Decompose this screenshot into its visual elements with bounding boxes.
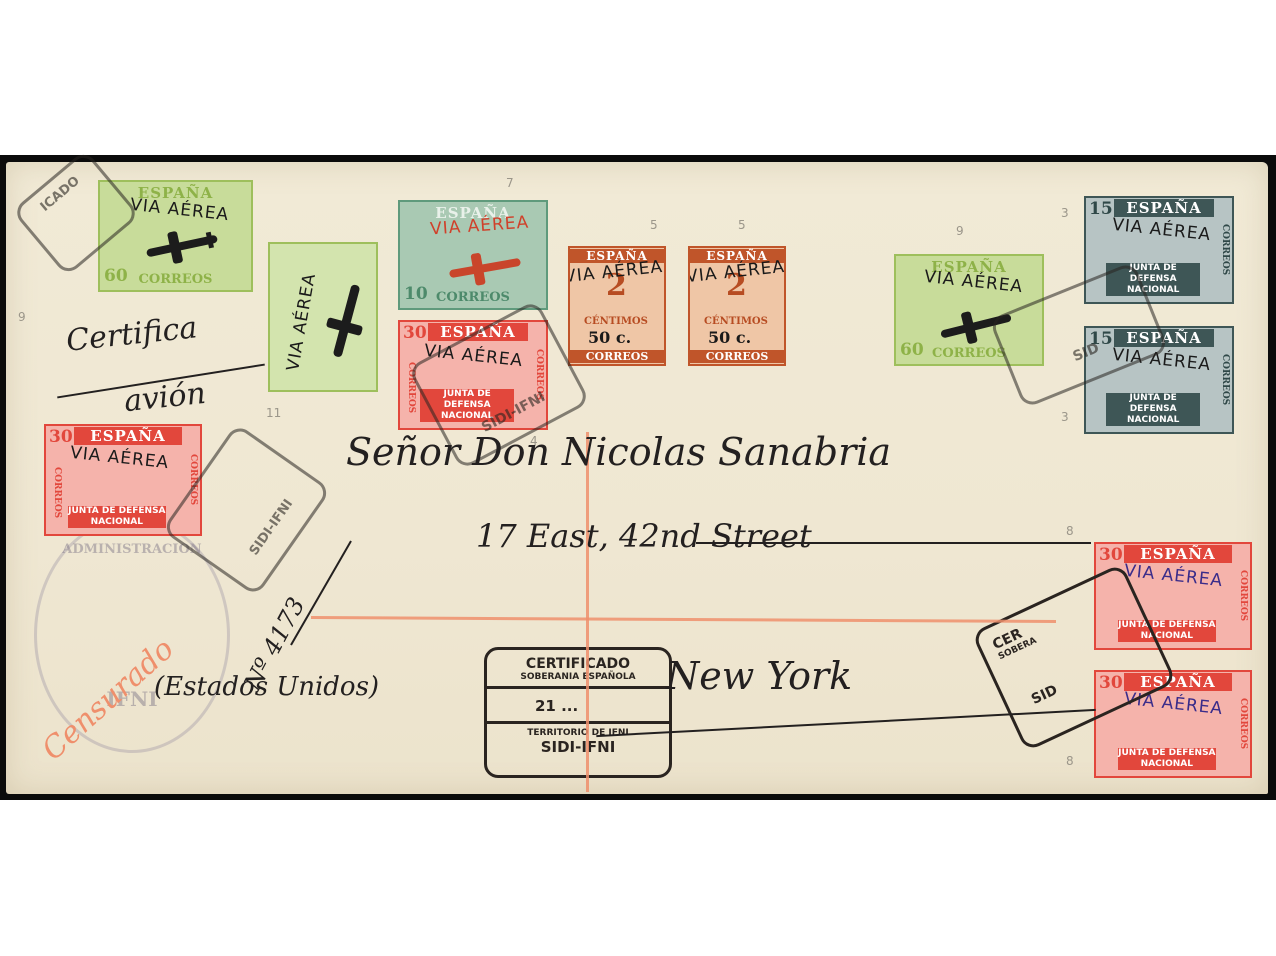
cancel-line3: TERRITORIO DE IFNI [487, 721, 669, 738]
stamp-10c-green: ESPAÑA 10 CORREOS VIA AÉREA [398, 200, 548, 310]
street-underline [696, 542, 1091, 544]
stamp-correos: CORREOS [100, 272, 251, 287]
stamp-overprint: VIA AÉREA [1111, 215, 1212, 245]
stamp-side-correos: CORREOS [1216, 206, 1230, 294]
cancel-line1: CERTIFICADO [487, 656, 669, 672]
handwritten-certifica: Certifica [65, 310, 199, 359]
cancel-fragment: ICADO [21, 160, 100, 229]
stamp-surcharge: 50 c. [588, 328, 631, 347]
stamp-caption: JUNTA DE DEFENSA NACIONAL [1118, 748, 1217, 770]
handwritten-city: New York [666, 654, 852, 698]
pencil-mark: 9 [18, 310, 26, 324]
stamp-surcharge: 50 c. [708, 328, 751, 347]
stamp-correos: CORREOS [400, 290, 546, 305]
stamp-caption: JUNTA DE DEFENSA NACIONAL [68, 506, 167, 528]
pencil-mark: 8 [1066, 754, 1074, 768]
cancel-line4: SIDI-IFNI [487, 738, 669, 756]
stamp-caption: JUNTA DE DEFENSA NACIONAL [1106, 393, 1199, 426]
cancel-fragment: CER [979, 576, 1131, 658]
pencil-mark: 9 [956, 224, 964, 238]
stamp-overprint: VIA AÉREA [1123, 561, 1224, 591]
stamp-side-correos: CORREOS [1234, 680, 1248, 768]
stamp-correos: CORREOS [690, 350, 784, 363]
cancel-fragment: SIDI-IFNI [229, 472, 313, 583]
handwritten-street: 17 East, 42nd Street [476, 517, 812, 555]
stamp-value: 30 [49, 427, 73, 447]
red-crayon-horizontal-line [311, 616, 1056, 623]
stamp-country: ESPAÑA [74, 427, 182, 445]
cancel-line2: SOBERANIA ESPAÑOLA [487, 672, 669, 689]
pencil-mark: 11 [266, 406, 281, 420]
stamp-overprint: VIA AÉREA [283, 271, 320, 372]
stamp-2c-surcharged: ESPAÑA 2 CÉNTIMOS 50 c. CORREOS VIA AÉRE… [568, 246, 666, 366]
envelope: ADMINISTRACION IFNI ESPAÑA 60 CORREOS VI… [6, 162, 1268, 794]
handwritten-country: (Estados Unidos) [154, 672, 379, 702]
pencil-mark: 5 [650, 218, 658, 232]
stamp-60c-green-vertical: VIA AÉREA [268, 242, 378, 392]
pencil-mark: 4 [530, 434, 538, 448]
cancel-date: 21 ... [487, 697, 669, 715]
stamp-side-correos: CORREOS [1234, 552, 1248, 640]
pencil-mark: 7 [506, 176, 514, 190]
pencil-mark: 5 [738, 218, 746, 232]
handwritten-avion: avión [122, 376, 207, 419]
red-crayon-vertical-line [586, 432, 589, 792]
stamp-side-correos: CORREOS [48, 460, 62, 526]
stamp-unit: CÉNTIMOS [704, 316, 768, 327]
pencil-mark: 3 [1061, 410, 1069, 424]
stamp-country: ESPAÑA [1114, 199, 1214, 217]
stamp-value: 30 [1099, 545, 1123, 565]
registered-cancel-main: CERTIFICADO SOBERANIA ESPAÑOLA 21 ... TE… [484, 647, 672, 778]
airplane-icon [445, 250, 525, 286]
stamp-value: 30 [403, 323, 427, 343]
airplane-icon [322, 274, 372, 369]
handwritten-addressee: Señor Don Nicolas Sanabria [346, 430, 891, 474]
double-stroke [290, 541, 352, 646]
airplane-icon [142, 228, 222, 264]
pencil-mark: 3 [1061, 206, 1069, 220]
stamp-2c-surcharged: ESPAÑA 2 CÉNTIMOS 50 c. CORREOS VIA AÉRE… [688, 246, 786, 366]
stamp-unit: CÉNTIMOS [584, 316, 648, 327]
stamp-overprint: VIA AÉREA [69, 443, 170, 473]
stamp-value: 15 [1089, 199, 1113, 219]
stamp-country: ESPAÑA [1124, 545, 1232, 563]
stamp-side-correos: CORREOS [1216, 336, 1230, 424]
pencil-mark: 8 [1066, 524, 1074, 538]
stamp-correos: CORREOS [570, 350, 664, 363]
